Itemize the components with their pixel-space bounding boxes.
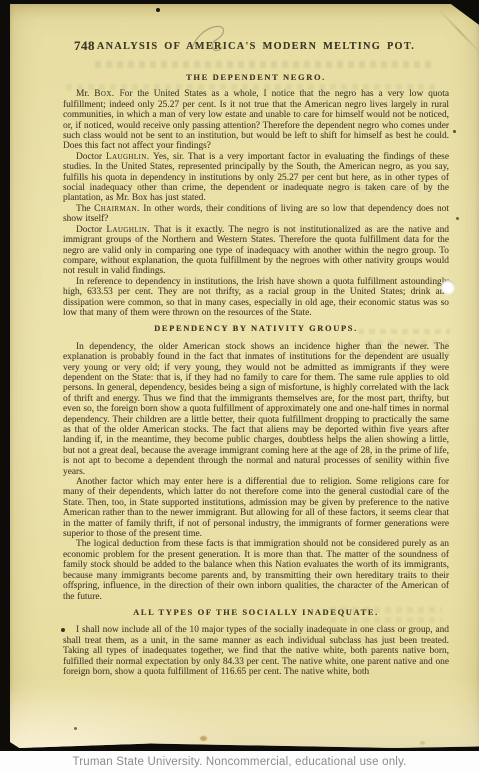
punch-hole [441,280,455,294]
showthrough-text-artifact [330,607,442,613]
speaker-name: Box. [94,89,114,99]
ink-speck [156,8,160,12]
paragraph: The logical deduction from these facts i… [63,539,449,601]
showthrough-text-artifact [305,487,445,493]
paragraph-text: I shall now include all of the 10 major … [63,625,449,677]
paragraph-text: Doctor [76,225,106,235]
page-number: 748 [74,41,95,51]
stain-artifact [420,741,425,745]
showthrough-text-artifact [358,329,450,334]
paragraph-text: Doctor [76,152,106,162]
ink-speck [456,217,459,220]
credit-bar: Truman State University. Noncommercial, … [0,751,479,772]
scanned-document: 748 ANALYSIS OF AMERICA'S MODERN MELTING… [0,0,479,772]
showthrough-text-artifact [66,84,439,90]
paragraph: Doctor Laughlin. That is it exactly. The… [63,225,449,277]
paragraph-text: The [76,204,94,214]
paper-fade-artifact [10,678,479,748]
showthrough-text-artifact [358,351,450,356]
ink-speck [74,727,77,730]
paragraph: Doctor Laughlin. Yes, sir. That is a ver… [63,152,449,204]
stain-artifact [200,736,207,741]
page-title: ANALYSIS OF AMERICA'S MODERN MELTING POT… [63,42,449,52]
showthrough-text-artifact [330,617,442,623]
speaker-name: Laughlin. [106,152,150,162]
section-heading: THE DEPENDENT NEGRO. [63,72,449,82]
paragraph: The Chairman. In other words, their cond… [63,204,449,225]
paragraph-text: In reference to dependency in institutio… [63,277,449,318]
paragraph: In dependency, the older American stock … [63,342,449,477]
showthrough-text-artifact [95,61,435,68]
ink-speck [61,628,65,632]
showthrough-text-artifact [305,186,440,192]
speaker-name: Chairman. [94,204,140,214]
ink-speck [453,130,456,133]
paragraph-text: For the United States as a whole, I noti… [63,89,449,151]
paragraph: Mr. Box. For the United States as a whol… [63,89,449,151]
page-content: 748 ANALYSIS OF AMERICA'S MODERN MELTING… [63,42,449,677]
paragraph: I shall now include all of the 10 major … [63,625,449,677]
speaker-name: Laughlin. [106,225,150,235]
paragraph-text: In dependency, the older American stock … [63,342,449,477]
credit-text: Truman State University. Noncommercial, … [72,756,406,768]
page-header: 748 ANALYSIS OF AMERICA'S MODERN MELTING… [63,42,449,57]
pencil-squiggle-artifact [186,20,252,56]
page-sections: THE DEPENDENT NEGRO.Mr. Box. For the Uni… [63,72,449,677]
paper-sheet: 748 ANALYSIS OF AMERICA'S MODERN MELTING… [10,4,479,748]
showthrough-text-artifact [366,340,450,345]
paragraph-text: The logical deduction from these facts i… [63,539,449,601]
paragraph-text: Mr. [76,89,94,99]
paragraph: In reference to dependency in institutio… [63,277,449,319]
